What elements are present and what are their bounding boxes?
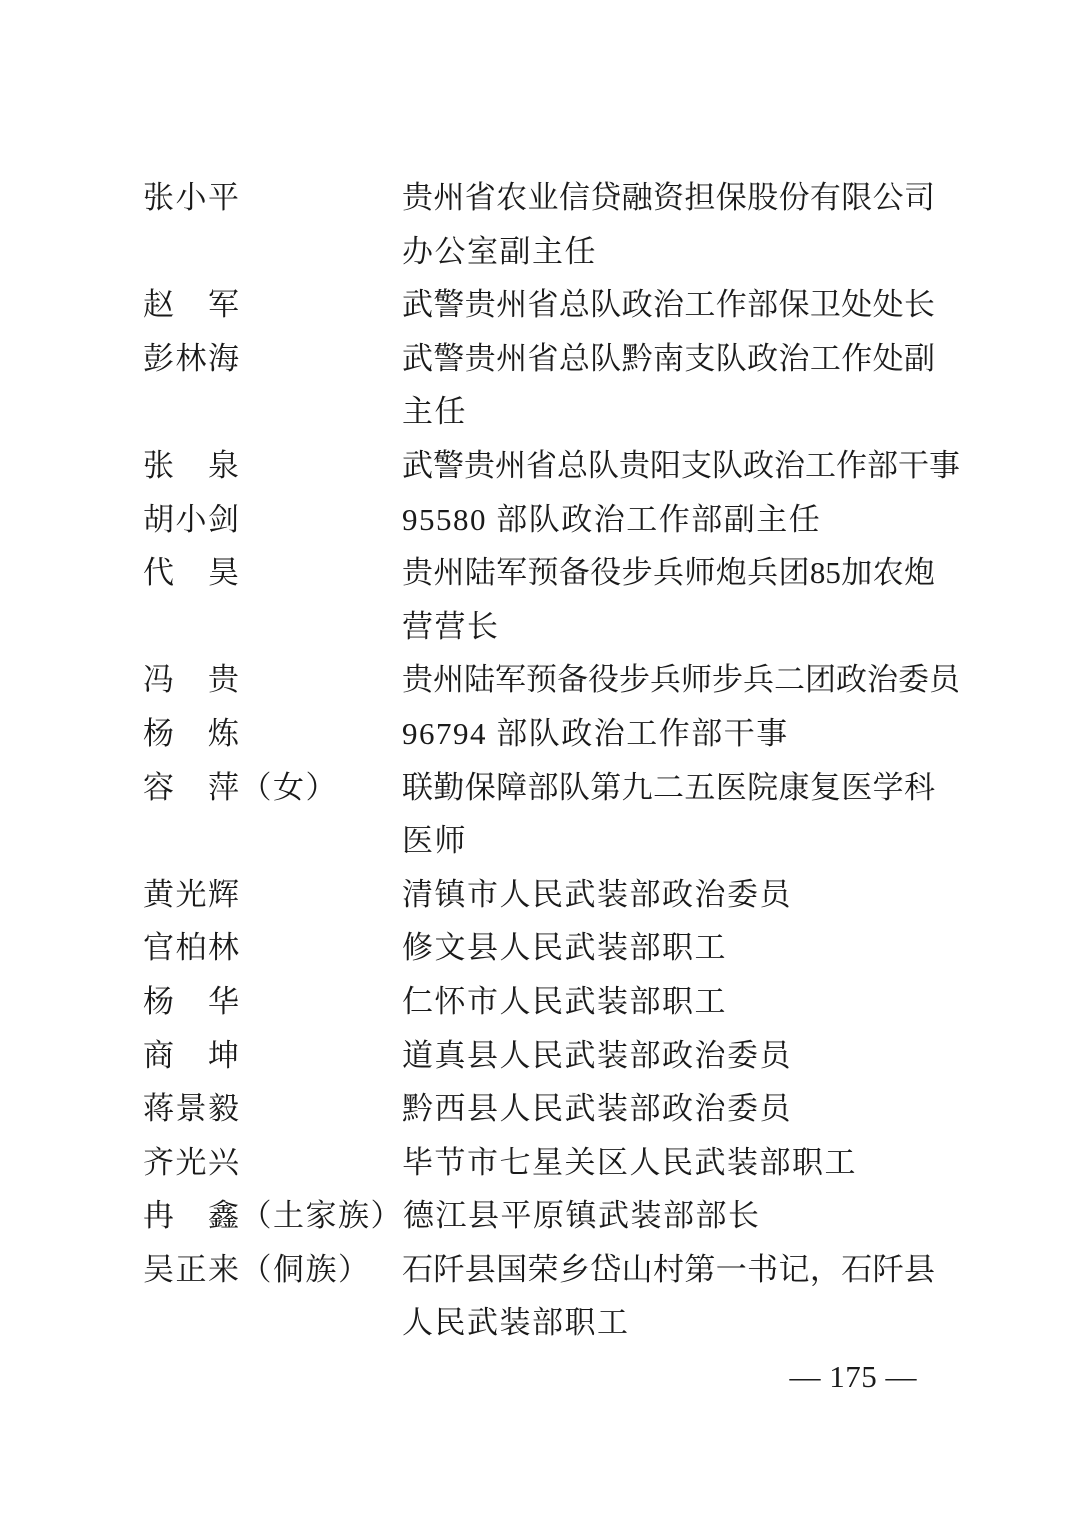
role-line: 仁怀市人民武装部职工 [402,975,935,1029]
role-line-token: 公 [873,171,904,225]
role-line-token: 省 [528,332,559,386]
role-line-token: 康 [779,761,810,815]
list-item: 蒋景毅黔西县人民武装部政治委员 [143,1082,1080,1136]
role-line-token: 石 [841,1243,872,1297]
role-line: 道真县人民武装部政治委员 [402,1029,935,1083]
role-line-token: 副 [904,332,935,386]
honoree-name: 张 泉 [143,439,402,493]
role-line-token: 员 [929,653,960,707]
role-line-token: 州 [495,439,526,493]
role-line-token: 农 [873,546,904,600]
role-line: 医师 [402,814,935,868]
list-item: 张小平贵州省农业信贷融资担保股份有限公司办公室副主任 [143,171,1080,278]
role-line-token: 师 [681,653,712,707]
role-line-token: 警 [433,439,464,493]
honoree-name: 代 昊 [143,546,402,600]
role-line-token: 处 [873,332,904,386]
honoree-role: 96794 部队政治工作部干事 [402,707,935,761]
role-line-token: 队 [716,332,747,386]
role-line-token: 作 [716,278,747,332]
role-line-token: 州 [433,546,464,600]
role-line-token: 障 [496,761,527,815]
role-line-token: 警 [433,278,464,332]
honoree-name: 杨 华 [143,975,402,1029]
role-line-token: 政 [747,332,778,386]
role-line-token: 役 [588,653,619,707]
role-line-token: 总 [559,278,590,332]
role-line-token: 预 [528,546,559,600]
role-line: 贵州陆军预备役步兵师炮兵团85加农炮 [402,546,935,600]
list-item: 吴正来（侗族）石阡县国荣乡岱山村第一书记，石阡县人民武装部职工 [143,1243,1080,1350]
role-line-token: 书 [747,1243,778,1297]
honoree-role: 毕节市七星关区人民武装部职工 [402,1136,935,1190]
role-line: 联勤保障部队第九二五医院康复医学科 [402,761,935,815]
role-line-token: 科 [904,761,935,815]
role-line-token: 处 [873,278,904,332]
role-line-token: 队 [590,278,621,332]
role-line-token: 县 [904,1243,935,1297]
role-line-token: 五 [684,761,715,815]
role-line-token: 役 [590,546,621,600]
role-line-token: 融 [622,171,653,225]
honoree-name: 黄光辉 [143,868,402,922]
role-line-token: 阳 [650,439,681,493]
role-line: 修文县人民武装部职工 [402,921,935,975]
role-line-token: 阡 [873,1243,904,1297]
role-line-token: 省 [526,439,557,493]
honoree-role: 贵州陆军预备役步兵师炮兵团85加农炮营营长 [402,546,935,653]
role-line-token: 长 [904,278,935,332]
honoree-name: 容 萍（女） [143,761,402,815]
honoree-role: 清镇市人民武装部政治委员 [402,868,935,922]
role-line-token: 事 [929,439,960,493]
role-line-token: 兵 [650,653,681,707]
honoree-name: 冉 鑫（土家族） [143,1189,403,1243]
list-item: 胡小剑95580 部队政治工作部副主任 [143,493,1080,547]
role-line-token: 军 [496,546,527,600]
list-item: 黄光辉清镇市人民武装部政治委员 [143,868,1080,922]
role-line-token: 总 [557,439,588,493]
role-line-token: 保 [779,278,810,332]
role-line-token: 支 [684,332,715,386]
role-line-token: 队 [559,761,590,815]
honoree-name: 彭林海 [143,332,402,386]
role-line-token: 业 [528,171,559,225]
honoree-list: 张小平贵州省农业信贷融资担保股份有限公司办公室副主任赵 军武警贵州省总队政治工作… [0,0,1080,1350]
role-line: 德江县平原镇武装部部长 [403,1189,936,1243]
role-line-token: 步 [622,546,653,600]
role-line-token: 总 [559,332,590,386]
role-line-token: 乡 [559,1243,590,1297]
role-line-token: 作 [841,332,872,386]
honoree-name: 胡小剑 [143,493,402,547]
role-line-token: 贵 [465,332,496,386]
role-line-token: 备 [557,653,588,707]
honoree-name: 赵 军 [143,278,402,332]
honoree-role: 道真县人民武装部政治委员 [402,1029,935,1083]
role-line-token: 贵 [465,278,496,332]
role-line-token: ， [810,1243,841,1297]
role-line-token: 州 [433,171,464,225]
role-line-token: 治 [653,278,684,332]
role-line-token: 股 [747,171,778,225]
role-line-token: 85 [810,546,841,600]
list-item: 官柏林修文县人民武装部职工 [143,921,1080,975]
role-line-token: 院 [747,761,778,815]
role-line: 清镇市人民武装部政治委员 [402,868,935,922]
honoree-name: 吴正来（侗族） [143,1243,402,1297]
role-line-token: 贵 [619,439,650,493]
role-line: 人民武装部职工 [402,1296,935,1350]
role-line-token: 县 [465,1243,496,1297]
role-line-token: 国 [496,1243,527,1297]
role-line-token: 信 [559,171,590,225]
role-line-token: 炮 [716,546,747,600]
role-line-token: 团 [779,546,810,600]
role-line-token: 复 [810,761,841,815]
role-line-token: 贵 [402,546,433,600]
honoree-name: 商 坤 [143,1029,402,1083]
role-line-token: 山 [622,1243,653,1297]
role-line: 毕节市七星关区人民武装部职工 [402,1136,935,1190]
role-line-token: 部 [747,278,778,332]
role-line-token: 省 [465,171,496,225]
role-line-token: 省 [528,278,559,332]
role-line-token: 兵 [743,653,774,707]
role-line-token: 农 [496,171,527,225]
role-line-token: 司 [904,171,935,225]
honoree-name: 冯 贵 [143,653,402,707]
list-item: 齐光兴毕节市七星关区人民武装部职工 [143,1136,1080,1190]
role-line-token: 保 [465,761,496,815]
honoree-name: 张小平 [143,171,402,225]
role-line-token: 有 [810,171,841,225]
role-line-token: 备 [559,546,590,600]
role-line-token: 支 [681,439,712,493]
honoree-role: 石阡县国荣乡岱山村第一书记，石阡县人民武装部职工 [402,1243,935,1350]
role-line-token: 联 [402,761,433,815]
role-line-token: 师 [684,546,715,600]
role-line-token: 团 [805,653,836,707]
role-line-token: 军 [495,653,526,707]
role-line-token: 陆 [464,653,495,707]
role-line-token: 限 [841,171,872,225]
honoree-role: 仁怀市人民武装部职工 [402,975,935,1029]
honoree-role: 联勤保障部队第九二五医院康复医学科医师 [402,761,935,868]
role-line-token: 步 [619,653,650,707]
role-line-token: 二 [653,761,684,815]
role-line: 黔西县人民武装部政治委员 [402,1082,935,1136]
role-line-token: 担 [684,171,715,225]
role-line-token: 第 [684,1243,715,1297]
role-line: 石阡县国荣乡岱山村第一书记，石阡县 [402,1243,935,1297]
role-line: 武警贵州省总队黔南支队政治工作处副 [402,332,935,386]
role-line-token: 勤 [433,761,464,815]
list-item: 容 萍（女）联勤保障部队第九二五医院康复医学科医师 [143,761,1080,868]
document-page: 张小平贵州省农业信贷融资担保股份有限公司办公室副主任赵 军武警贵州省总队政治工作… [0,0,1080,1527]
honoree-role: 黔西县人民武装部政治委员 [402,1082,935,1136]
role-line-token: 荣 [528,1243,559,1297]
role-line-token: 资 [653,171,684,225]
role-line-token: 队 [590,332,621,386]
role-line-token: 加 [841,546,872,600]
honoree-role: 贵州陆军预备役步兵师步兵二团政治委员 [402,653,935,707]
role-line-token: 卫 [810,278,841,332]
honoree-role: 95580 部队政治工作部副主任 [402,493,935,547]
role-line-token: 处 [841,278,872,332]
role-line-token: 黔 [622,332,653,386]
honoree-role: 武警贵州省总队贵阳支队政治工作部干事 [402,439,935,493]
role-line-token: 保 [716,171,747,225]
role-line-token: 贵 [464,439,495,493]
role-line-token: 二 [774,653,805,707]
role-line: 办公室副主任 [402,225,935,279]
honoree-name: 齐光兴 [143,1136,402,1190]
role-line-token: 武 [402,439,433,493]
role-line-token: 工 [684,278,715,332]
role-line-token: 贷 [590,171,621,225]
honoree-role: 武警贵州省总队政治工作部保卫处处长 [402,278,935,332]
role-line-token: 石 [402,1243,433,1297]
honoree-role: 武警贵州省总队黔南支队政治工作处副主任 [402,332,935,439]
role-line-token: 干 [898,439,929,493]
role-line-token: 部 [867,439,898,493]
role-line-token: 兵 [653,546,684,600]
role-line-token: 警 [433,332,464,386]
honoree-name: 杨 炼 [143,707,402,761]
role-line-token: 部 [528,761,559,815]
role-line-token: 政 [743,439,774,493]
role-line-token: 州 [496,332,527,386]
role-line: 贵州陆军预备役步兵师步兵二团政治委员 [402,653,935,707]
honoree-role: 贵州省农业信贷融资担保股份有限公司办公室副主任 [402,171,935,278]
role-line-token: 炮 [904,546,935,600]
role-line-token: 九 [622,761,653,815]
list-item: 张 泉武警贵州省总队贵阳支队政治工作部干事 [143,439,1080,493]
role-line-token: 治 [867,653,898,707]
role-line-token: 队 [588,439,619,493]
role-line-token: 兵 [747,546,778,600]
role-line-token: 陆 [465,546,496,600]
role-line-token: 作 [836,439,867,493]
role-line-token: 武 [402,278,433,332]
honoree-name: 官柏林 [143,921,402,975]
role-line: 营营长 [402,600,935,654]
honoree-role: 修文县人民武装部职工 [402,921,935,975]
role-line-token: 治 [779,332,810,386]
list-item: 杨 炼96794 部队政治工作部干事 [143,707,1080,761]
role-line-token: 记 [779,1243,810,1297]
role-line: 武警贵州省总队贵阳支队政治工作部干事 [402,439,935,493]
role-line-token: 学 [873,761,904,815]
role-line-token: 步 [712,653,743,707]
role-line-token: 州 [496,278,527,332]
list-item: 彭林海武警贵州省总队黔南支队政治工作处副主任 [143,332,1080,439]
role-line-token: 工 [810,332,841,386]
role-line-token: 南 [653,332,684,386]
list-item: 代 昊贵州陆军预备役步兵师炮兵团85加农炮营营长 [143,546,1080,653]
list-item: 冉 鑫（土家族）德江县平原镇武装部部长 [143,1189,1080,1243]
role-line-token: 武 [402,332,433,386]
role-line: 武警贵州省总队政治工作部保卫处处长 [402,278,935,332]
role-line-token: 工 [805,439,836,493]
role-line: 95580 部队政治工作部副主任 [402,493,935,547]
role-line-token: 政 [622,278,653,332]
role-line-token: 医 [841,761,872,815]
role-line: 主任 [402,385,935,439]
page-number: — 175 — [143,1350,935,1404]
honoree-role: 德江县平原镇武装部部长 [403,1189,936,1243]
role-line-token: 州 [433,653,464,707]
role-line-token: 岱 [590,1243,621,1297]
role-line: 贵州省农业信贷融资担保股份有限公司 [402,171,935,225]
role-line-token: 第 [590,761,621,815]
role-line-token: 队 [712,439,743,493]
role-line-token: 阡 [433,1243,464,1297]
role-line-token: 一 [716,1243,747,1297]
list-item: 商 坤道真县人民武装部政治委员 [143,1029,1080,1083]
role-line-token: 委 [898,653,929,707]
role-line-token: 村 [653,1243,684,1297]
list-item: 杨 华仁怀市人民武装部职工 [143,975,1080,1029]
role-line: 96794 部队政治工作部干事 [402,707,935,761]
role-line-token: 预 [526,653,557,707]
role-line-token: 治 [774,439,805,493]
role-line-token: 贵 [402,171,433,225]
role-line-token: 政 [836,653,867,707]
list-item: 赵 军武警贵州省总队政治工作部保卫处处长 [143,278,1080,332]
role-line-token: 贵 [402,653,433,707]
list-item: 冯 贵贵州陆军预备役步兵师步兵二团政治委员 [143,653,1080,707]
role-line-token: 医 [716,761,747,815]
role-line-token: 份 [779,171,810,225]
honoree-name: 蒋景毅 [143,1082,402,1136]
